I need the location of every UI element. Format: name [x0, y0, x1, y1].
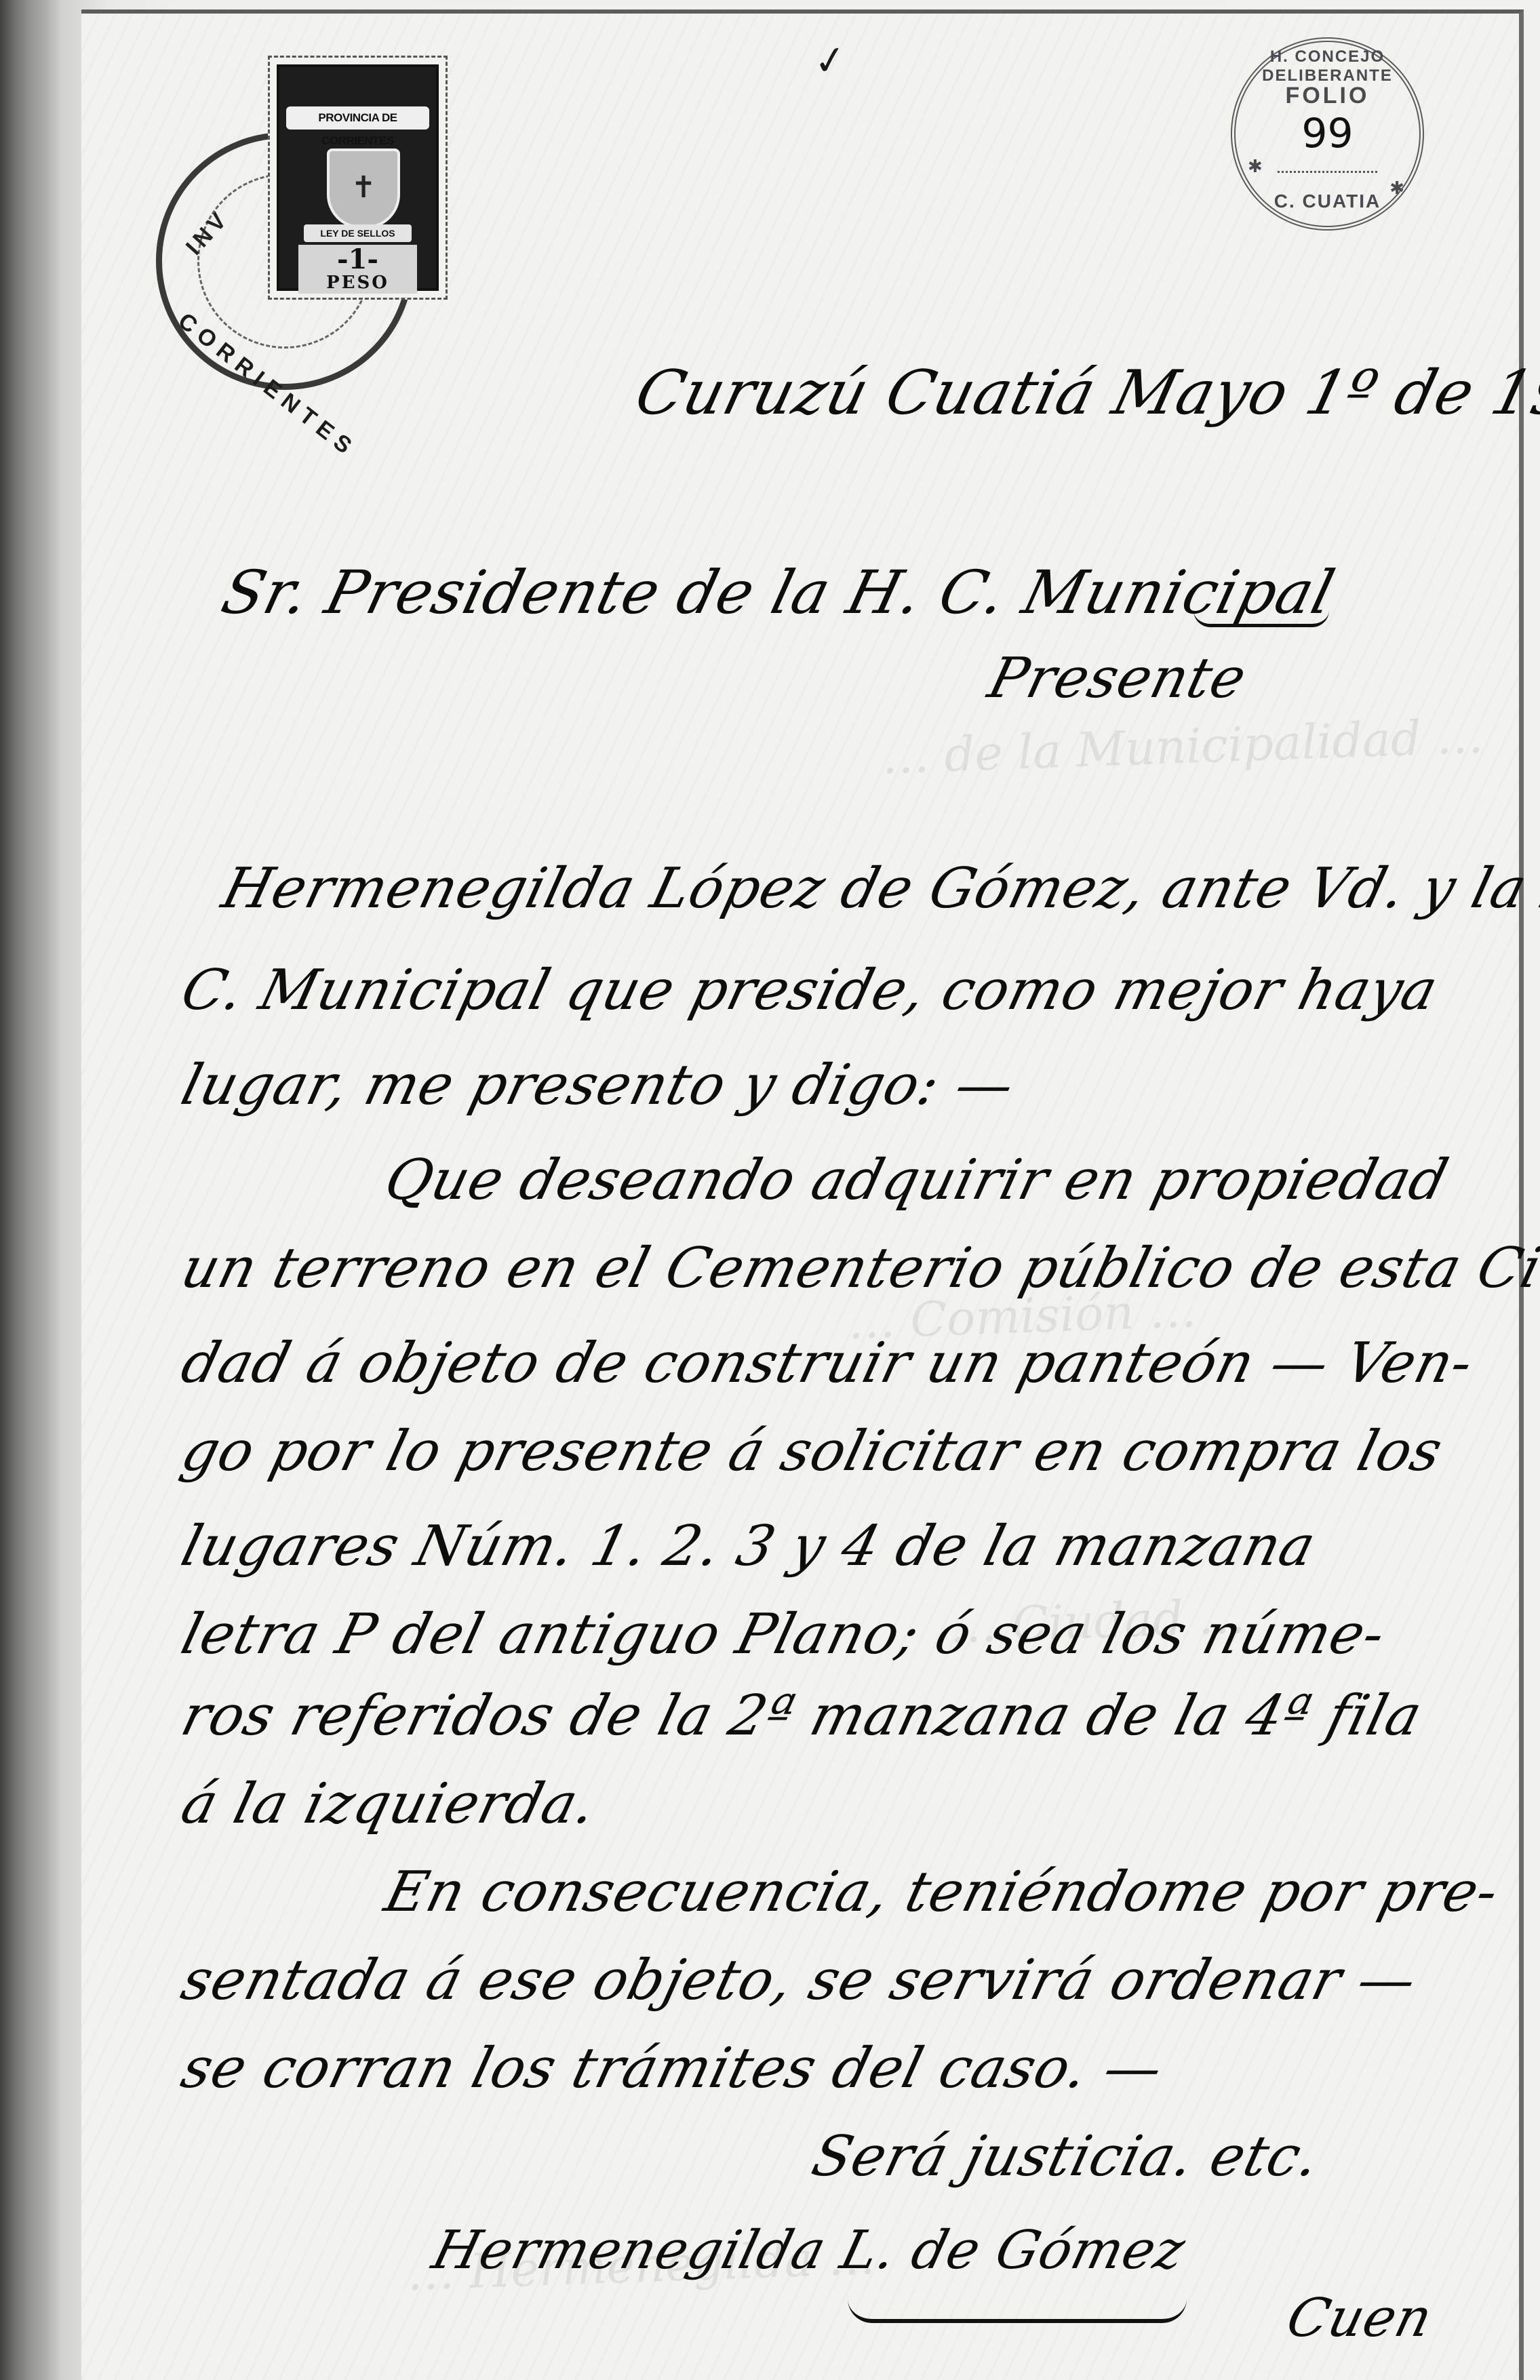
body-line: lugares Núm. 1. 2. 3 y 4 de la manzana — [176, 1519, 1321, 1574]
body-line: C. Municipal que preside, como mejor hay… — [176, 963, 1443, 1018]
body-line: En consecuencia, teniéndome por pre- — [380, 1865, 1504, 1920]
body-line: go por lo presente á solicitar en compra… — [176, 1424, 1448, 1480]
folio-number: 99 — [1236, 110, 1419, 157]
body-line: dad á objeto de construir un panteón — V… — [176, 1336, 1479, 1391]
scanned-document: … de la Municipalidad … … Comisión … … C… — [0, 0, 1540, 2380]
body-line: un terreno en el Cementerio público de e… — [176, 1241, 1540, 1296]
stamp-denomination: -1- — [298, 246, 417, 273]
place-date: Curuzú Cuatiá Mayo 1º de 1909 — [630, 363, 1540, 424]
body-line: se corran los trámites del caso. — — [176, 2041, 1168, 2097]
signature-flourish — [848, 2299, 1187, 2323]
folio-divider — [1278, 171, 1377, 173]
salutation: Sr. Presidente de la H. C. Municipal — [216, 563, 1341, 622]
star-icon: ✱ — [1248, 156, 1263, 177]
salutation-flourish — [1193, 610, 1329, 627]
second-signature: Cuen — [1282, 2292, 1438, 2345]
body-line: Hermenegilda López de Gómez, ante Vd. y … — [217, 861, 1540, 917]
body-line: sentada á ese objeto, se servirá ordenar… — [176, 1953, 1422, 2008]
body-line: á la izquierda. — [176, 1777, 602, 1832]
stamp-ribbon: LEY DE SELLOS — [304, 224, 412, 242]
stamp-issuer: PROVINCIA DE CORRIENTES — [286, 106, 429, 130]
cancellation-stamp-top-text: INV — [181, 205, 235, 261]
body-line: lugar, me presento y digo: — — [176, 1058, 1020, 1113]
checkmark-icon: ✓ — [811, 35, 850, 85]
body-line: ros referidos de la 2ª manzana de la 4ª … — [176, 1688, 1427, 1744]
folio-seal: H. CONCEJO DELIBERANTE FOLIO 99 ✱ ✱ C. C… — [1231, 37, 1424, 231]
closing: Será justicia. etc. — [807, 2129, 1325, 2185]
binding-shadow — [0, 0, 61, 2380]
revenue-stamp: PROVINCIA DE CORRIENTES ✝ LEY DE SELLOS … — [268, 56, 448, 300]
stamp-value: -1- PESO — [298, 245, 417, 294]
body-line: Que deseando adquirir en propiedad — [380, 1153, 1454, 1208]
salutation-presente: Presente — [983, 651, 1252, 707]
folio-seal-city: C. CUATIA — [1236, 191, 1419, 212]
signature: Hermenegilda L. de Gómez — [427, 2224, 1190, 2277]
folio-label: FOLIO — [1236, 83, 1419, 109]
folio-seal-arc-text: H. CONCEJO DELIBERANTE — [1236, 47, 1419, 85]
stamp-unit: PESO — [298, 273, 417, 292]
body-line: letra P del antiguo Plano; ó sea los núm… — [176, 1607, 1391, 1663]
coat-of-arms-icon: ✝ — [327, 148, 400, 229]
cross-icon: ✝ — [330, 170, 397, 205]
